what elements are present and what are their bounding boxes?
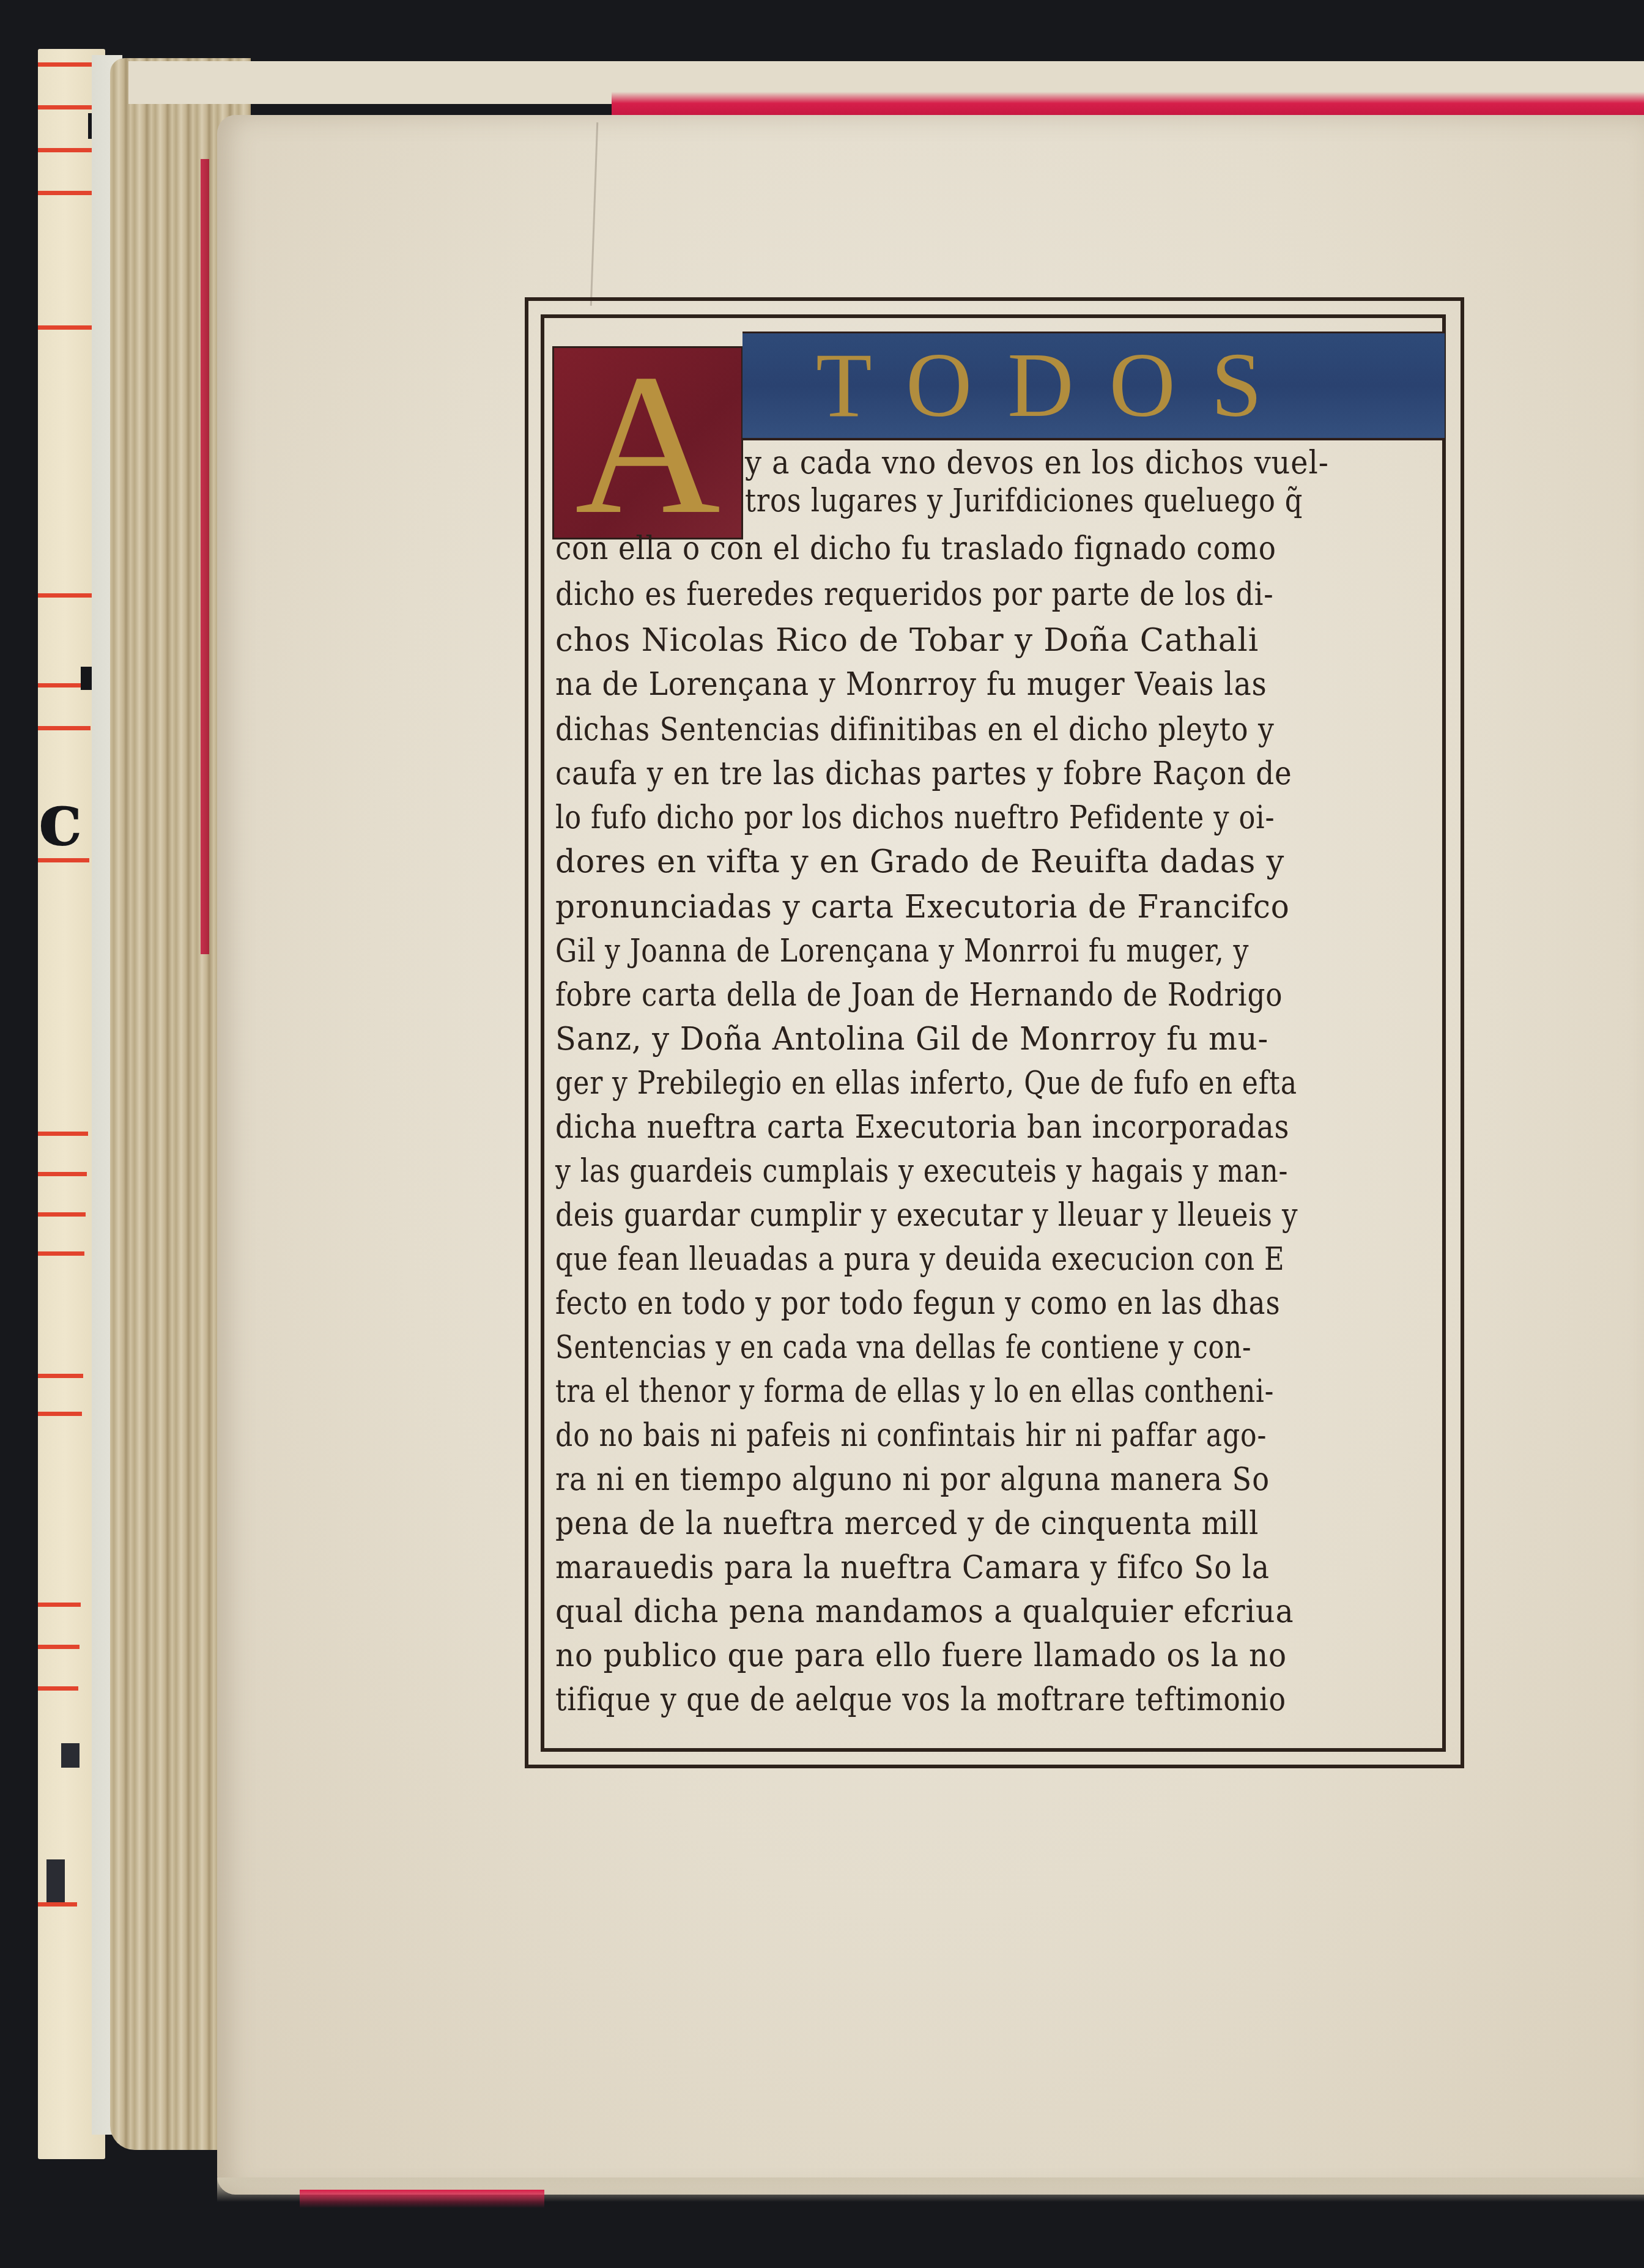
red-ruling-line: [38, 593, 93, 598]
red-ruling-line: [38, 1251, 84, 1256]
text-line: tra el thenor y forma de ellas y lo en e…: [555, 1370, 1274, 1413]
music-notation-glyph: [61, 1743, 80, 1768]
illuminated-initial-box: A: [552, 346, 743, 539]
text-line: tifique y que de aelque vos la moftrare …: [555, 1678, 1286, 1721]
text-line: fecto en todo y por todo fegun y como en…: [555, 1282, 1280, 1325]
text-line: ger y Prebilegio en ellas inferto, Que d…: [555, 1062, 1297, 1105]
text-line: qual dicha pena mandamos a qualquier efc…: [555, 1590, 1294, 1633]
text-line: y las guardeis cumplais y executeis y ha…: [555, 1150, 1288, 1193]
red-ruling-line: [38, 1132, 88, 1136]
text-line: Sentencias y en cada vna dellas fe conti…: [555, 1326, 1251, 1369]
text-line: con ella o con el dicho fu traslado fign…: [555, 527, 1276, 570]
red-ruling-line: [38, 191, 97, 195]
text-line: dicha nueftra carta Executoria ban incor…: [555, 1106, 1289, 1149]
red-ruling-line: [38, 105, 99, 109]
text-line: lo fufo dicho por los dichos nueftro Pef…: [555, 796, 1275, 839]
text-line: dicho es fueredes requeridos por parte d…: [555, 573, 1274, 616]
text-line: na de Lorençana y Monrroy fu muger Veais…: [555, 663, 1267, 706]
text-line: que fean lleuadas a pura y deuida execuc…: [555, 1238, 1285, 1281]
red-ruling-line: [38, 1374, 83, 1378]
text-line: dores en vifta y en Grado de Reuifta dad…: [555, 840, 1284, 883]
red-ruling-line: [38, 1603, 81, 1607]
text-line: pena de la nueftra merced y de cinquenta…: [555, 1502, 1259, 1545]
text-line: no publico que para ello fuere llamado o…: [555, 1634, 1287, 1677]
red-ruling-line: [38, 1412, 82, 1416]
text-line: deis guardar cumplir y executar y lleuar…: [555, 1194, 1298, 1237]
red-ruling-line: [38, 325, 95, 330]
text-line: Gil y Joanna de Lorençana y Monrroi fu m…: [555, 930, 1249, 973]
text-line: tros lugares y Jurifdiciones queluego q̃: [745, 480, 1303, 522]
text-line: fobre carta della de Joan de Hernando de…: [555, 974, 1283, 1017]
text-line: pronunciadas y carta Executoria de Franc…: [555, 886, 1290, 928]
heading-banner: TODOS: [742, 332, 1445, 440]
text-line: chos Nicolas Rico de Tobar y Doña Cathal…: [555, 619, 1259, 662]
red-ruling-line: [38, 1686, 78, 1691]
text-line: dichas Sentencias difinitibas en el dich…: [555, 708, 1275, 751]
red-edge-left: [201, 159, 209, 954]
red-ruling-line: [38, 1645, 80, 1649]
heading-banner-text: TODOS: [742, 339, 1445, 431]
text-line: marauedis para la nueftra Camara y fifco…: [555, 1546, 1270, 1589]
text-line: y a cada vno devos en los dichos vuel-: [745, 442, 1329, 484]
music-notation-glyph: [46, 1859, 65, 1902]
red-edge-bottom: [300, 2190, 544, 2208]
red-edge-top: [612, 92, 1644, 117]
music-notation-glyph: c: [38, 783, 83, 856]
red-ruling-line: [38, 1172, 87, 1176]
red-ruling-line: [38, 1212, 86, 1217]
red-ruling-line: [38, 726, 91, 730]
red-ruling-line: [38, 148, 98, 152]
text-line: Sanz, y Doña Antolina Gil de Monrroy fu …: [555, 1018, 1268, 1061]
illuminated-initial-letter: A: [554, 353, 741, 536]
text-line: ra ni en tiempo alguno ni por alguna man…: [555, 1458, 1270, 1501]
red-ruling-line: [38, 1902, 77, 1907]
text-line: do no bais ni pafeis ni confintais hir n…: [555, 1414, 1267, 1457]
text-line: caufa y en tre las dichas partes y fobre…: [555, 752, 1292, 795]
